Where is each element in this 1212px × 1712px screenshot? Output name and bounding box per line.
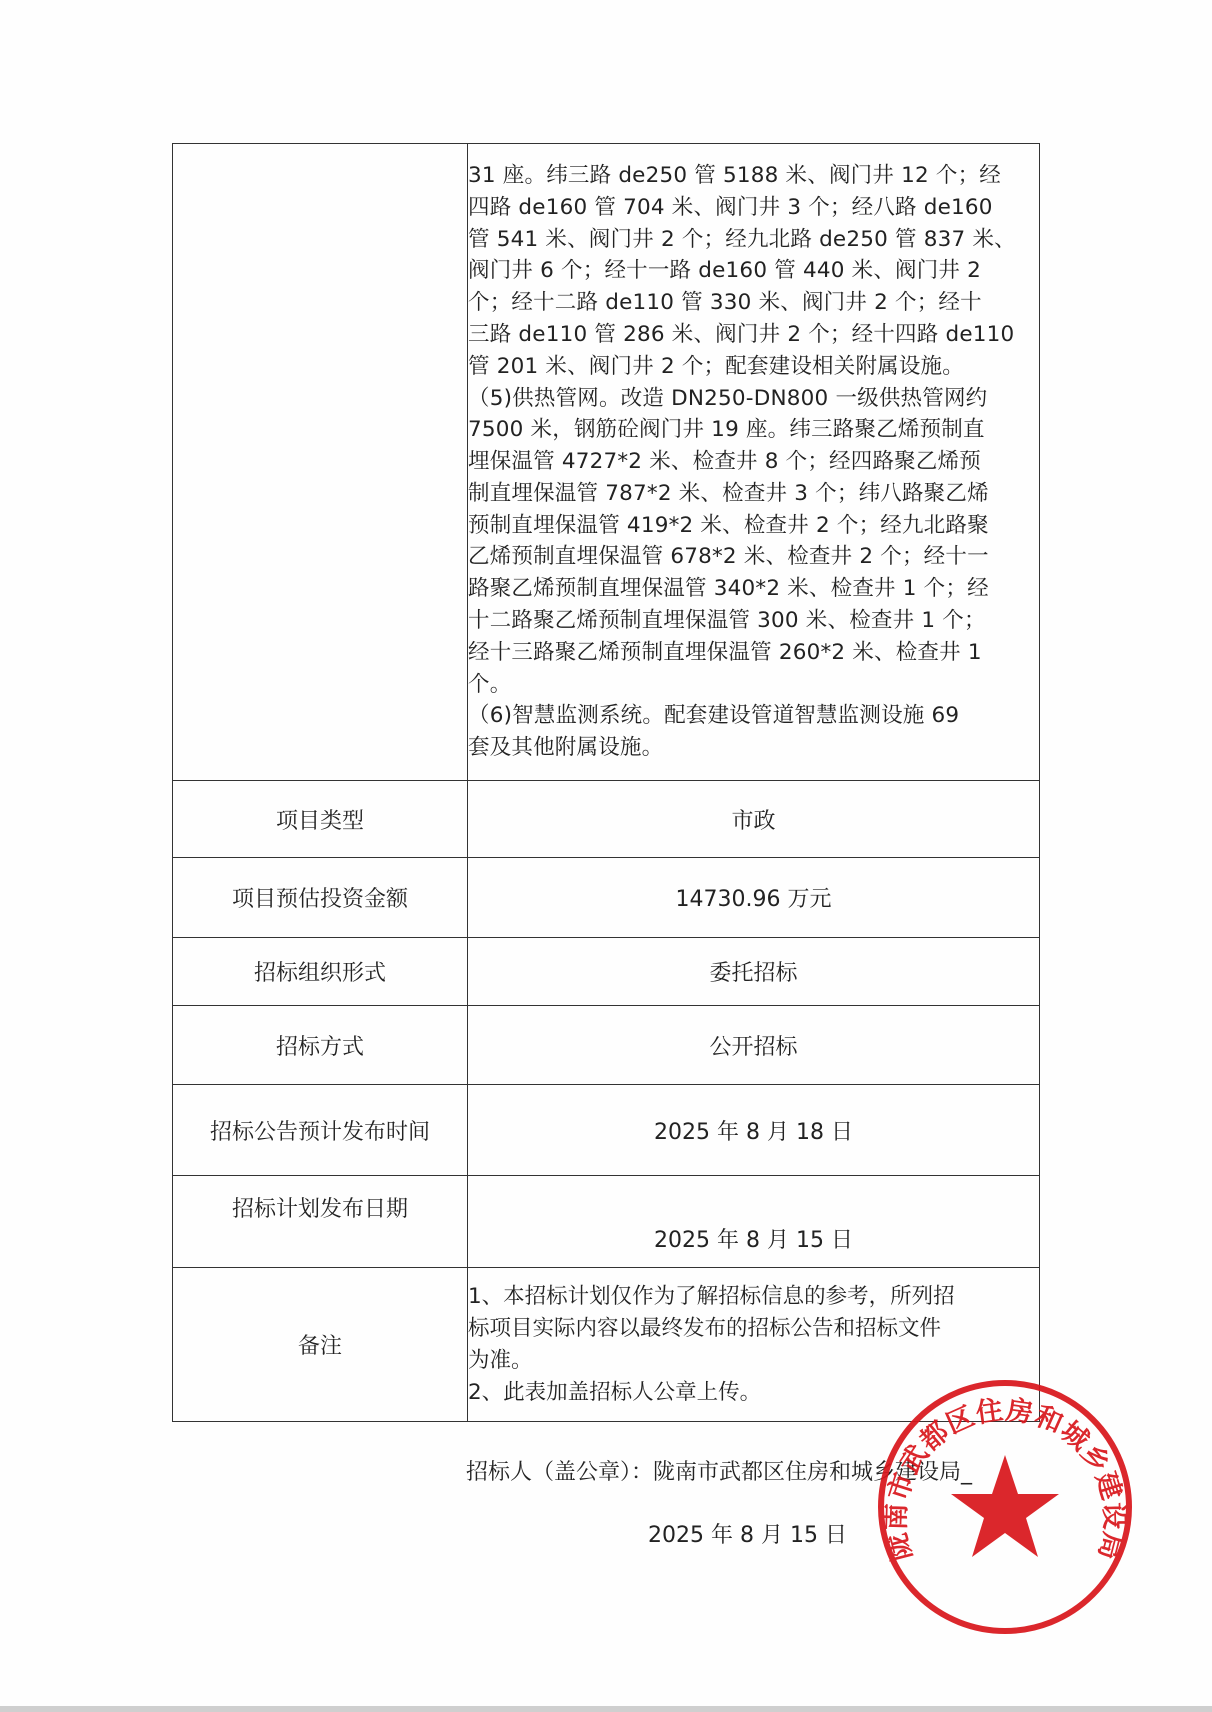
- description-line: 制直埋保温管 787*2 米、检查井 3 个；纬八路聚乙烯: [468, 478, 1039, 510]
- document-page: 31 座。纬三路 de250 管 5188 米、阀门井 12 个；经 四路 de…: [0, 0, 1212, 1706]
- description-line: 路聚乙烯预制直埋保温管 340*2 米、检查井 1 个；经: [468, 573, 1039, 605]
- description-line: 十二路聚乙烯预制直埋保温管 300 米、检查井 1 个；: [468, 605, 1039, 637]
- remark-line: 1、本招标计划仅作为了解招标信息的参考，所列招: [468, 1281, 1039, 1313]
- announcement-time-label: 招标公告预计发布时间: [173, 1085, 468, 1176]
- description-line: 阀门井 6 个；经十一路 de160 管 440 米、阀门井 2: [468, 255, 1039, 287]
- project-type-value: 市政: [468, 781, 1040, 858]
- table-row: 招标组织形式 委托招标: [173, 938, 1040, 1006]
- investment-amount-label: 项目预估投资金额: [173, 858, 468, 938]
- tender-method-label: 招标方式: [173, 1006, 468, 1085]
- plan-release-date-value: 2025 年 8 月 15 日: [468, 1176, 1040, 1268]
- table-row: 招标方式 公开招标: [173, 1006, 1040, 1085]
- description-line: 套及其他附属设施。: [468, 732, 1039, 764]
- project-description-cell: 31 座。纬三路 de250 管 5188 米、阀门井 12 个；经 四路 de…: [468, 144, 1040, 781]
- description-line: （5)供热管网。改造 DN250-DN800 一级供热管网约: [468, 383, 1039, 415]
- signature-date: 2025 年 8 月 15 日: [648, 1518, 847, 1549]
- table-row: 项目预估投资金额 14730.96 万元: [173, 858, 1040, 938]
- description-line: 经十三路聚乙烯预制直埋保温管 260*2 米、检查井 1: [468, 637, 1039, 669]
- seal-star-icon: [951, 1455, 1059, 1557]
- bottom-edge: [0, 1706, 1212, 1712]
- table-row: 项目类型 市政: [173, 781, 1040, 858]
- description-line: 个。: [468, 669, 1039, 701]
- description-line: 预制直埋保温管 419*2 米、检查井 2 个；经九北路聚: [468, 510, 1039, 542]
- description-line: 管 541 米、阀门井 2 个；经九北路 de250 管 837 米、: [468, 224, 1039, 256]
- organization-form-label: 招标组织形式: [173, 938, 468, 1006]
- official-seal-stamp: 陇南市武都区住房和城乡建设局: [875, 1377, 1135, 1637]
- project-type-label: 项目类型: [173, 781, 468, 858]
- plan-release-date-label: 招标计划发布日期: [173, 1176, 468, 1268]
- table-row-description: 31 座。纬三路 de250 管 5188 米、阀门井 12 个；经 四路 de…: [173, 144, 1040, 781]
- announcement-time-value: 2025 年 8 月 18 日: [468, 1085, 1040, 1176]
- description-line: 31 座。纬三路 de250 管 5188 米、阀门井 12 个；经: [468, 160, 1039, 192]
- description-label-cell: [173, 144, 468, 781]
- description-line: 四路 de160 管 704 米、阀门井 3 个；经八路 de160: [468, 192, 1039, 224]
- description-line: 埋保温管 4727*2 米、检查井 8 个；经四路聚乙烯预: [468, 446, 1039, 478]
- remark-line: 标项目实际内容以最终发布的招标公告和招标文件: [468, 1313, 1039, 1345]
- remarks-label: 备注: [173, 1268, 468, 1422]
- description-line: 三路 de110 管 286 米、阀门井 2 个；经十四路 de110: [468, 319, 1039, 351]
- tender-plan-table: 31 座。纬三路 de250 管 5188 米、阀门井 12 个；经 四路 de…: [172, 143, 1040, 1422]
- table-row: 招标计划发布日期 2025 年 8 月 15 日: [173, 1176, 1040, 1268]
- description-line: 7500 米，钢筋砼阀门井 19 座。纬三路聚乙烯预制直: [468, 414, 1039, 446]
- table-row: 招标公告预计发布时间 2025 年 8 月 18 日: [173, 1085, 1040, 1176]
- remark-line: 为准。: [468, 1345, 1039, 1377]
- description-line: 个；经十二路 de110 管 330 米、阀门井 2 个；经十: [468, 287, 1039, 319]
- tender-method-value: 公开招标: [468, 1006, 1040, 1085]
- investment-amount-value: 14730.96 万元: [468, 858, 1040, 938]
- description-line: 管 201 米、阀门井 2 个；配套建设相关附属设施。: [468, 351, 1039, 383]
- description-line: 乙烯预制直埋保温管 678*2 米、检查井 2 个；经十一: [468, 541, 1039, 573]
- organization-form-value: 委托招标: [468, 938, 1040, 1006]
- description-line: （6)智慧监测系统。配套建设管道智慧监测设施 69: [468, 700, 1039, 732]
